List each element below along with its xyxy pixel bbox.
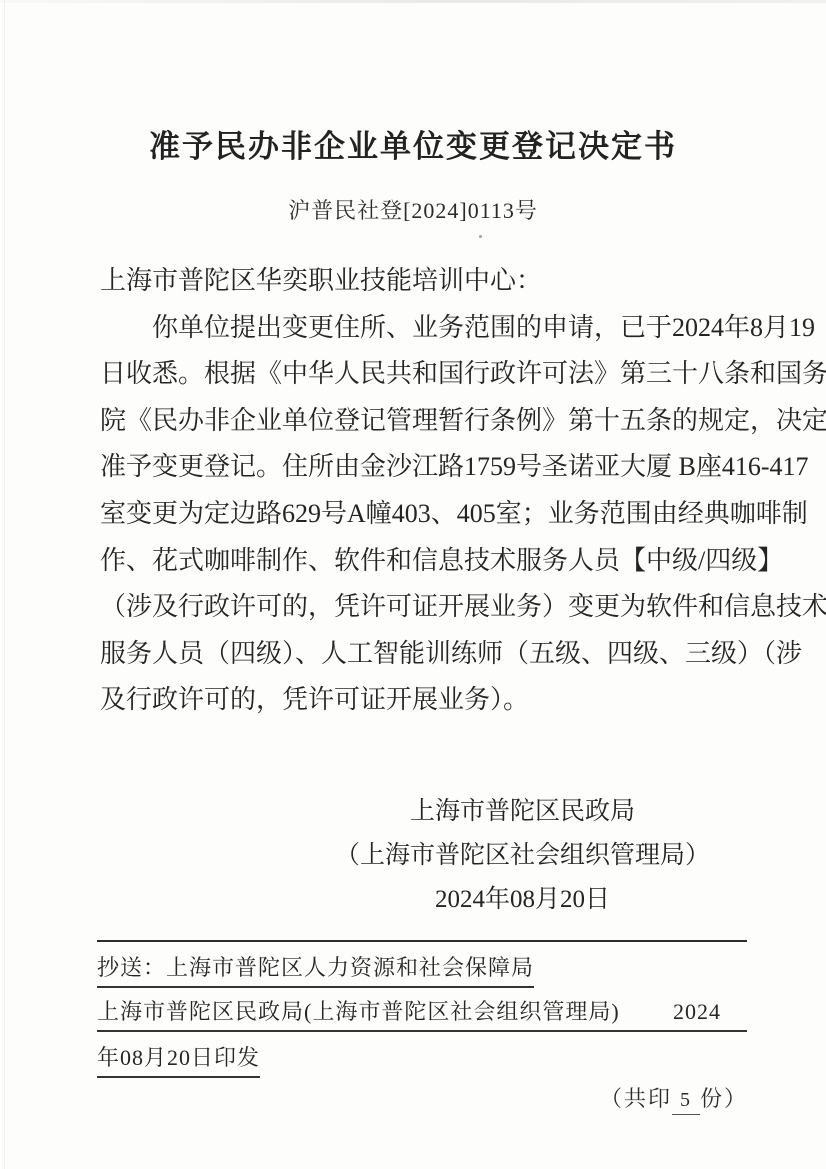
signature-block: 上海市普陀区民政局 （上海市普陀区社会组织管理局） 2024年08月20日 <box>295 790 750 922</box>
footer-divider <box>97 940 747 942</box>
addressee-line: 上海市普陀区华奕职业技能培训中心： <box>100 258 748 305</box>
body-line: 服务人员（四级）、人工智能训练师（五级、四级、三级）（涉 <box>100 631 748 678</box>
body-line: 及行政许可的，凭许可证开展业务）。 <box>100 677 748 724</box>
body-line: 日收悉。根据《中华人民共和国行政许可法》第三十八条和国务 <box>100 351 748 398</box>
signature-date: 2024年08月20日 <box>295 878 750 922</box>
signature-authority: 上海市普陀区民政局 <box>295 790 750 834</box>
body-line: 室变更为定边路629号A幢403、405室；业务范围由经典咖啡制 <box>100 491 748 538</box>
scan-artifact-speck <box>479 235 482 238</box>
issuer-year: 2024 <box>673 1000 747 1024</box>
scan-artifact-top-edge <box>0 0 826 3</box>
copies-count: 5 <box>672 1087 700 1115</box>
document-title: 准予民办非企业单位变更登记决定书 <box>0 121 826 166</box>
body-paragraph: 上海市普陀区华奕职业技能培训中心： 你单位提出变更住所、业务范围的申请，已于20… <box>100 258 748 724</box>
cc-line: 抄送：上海市普陀区人力资源和社会保障局 <box>97 956 534 988</box>
body-line: 院《民办非企业单位登记管理暂行条例》第十五条的规定，决定 <box>100 398 748 445</box>
body-line: （涉及行政许可的，凭许可证开展业务）变更为软件和信息技术 <box>100 584 748 631</box>
scan-artifact-left-crease <box>4 0 5 1169</box>
issuer-line: 上海市普陀区民政局(上海市普陀区社会组织管理局) 2024 <box>97 1000 747 1032</box>
copies-note: （共印5份） <box>600 1086 748 1115</box>
scanned-document-page: 准予民办非企业单位变更登记决定书 沪普民社登[2024]0113号 上海市普陀区… <box>0 0 826 1169</box>
body-line: 作、花式咖啡制作、软件和信息技术服务人员【中级/四级】 <box>100 538 748 585</box>
body-line: 你单位提出变更住所、业务范围的申请，已于2024年8月19 <box>100 305 748 352</box>
body-line: 准予变更登记。住所由金沙江路1759号圣诺亚大厦 B座416-417 <box>100 444 748 491</box>
copies-prefix: （共印 <box>600 1086 672 1111</box>
print-date-line: 年08月20日印发 <box>97 1046 260 1078</box>
copies-suffix: 份） <box>700 1086 748 1111</box>
document-number: 沪普民社登[2024]0113号 <box>0 194 826 225</box>
issuer-name: 上海市普陀区民政局(上海市普陀区社会组织管理局) <box>97 1000 620 1024</box>
signature-authority-alt: （上海市普陀区社会组织管理局） <box>295 834 750 878</box>
